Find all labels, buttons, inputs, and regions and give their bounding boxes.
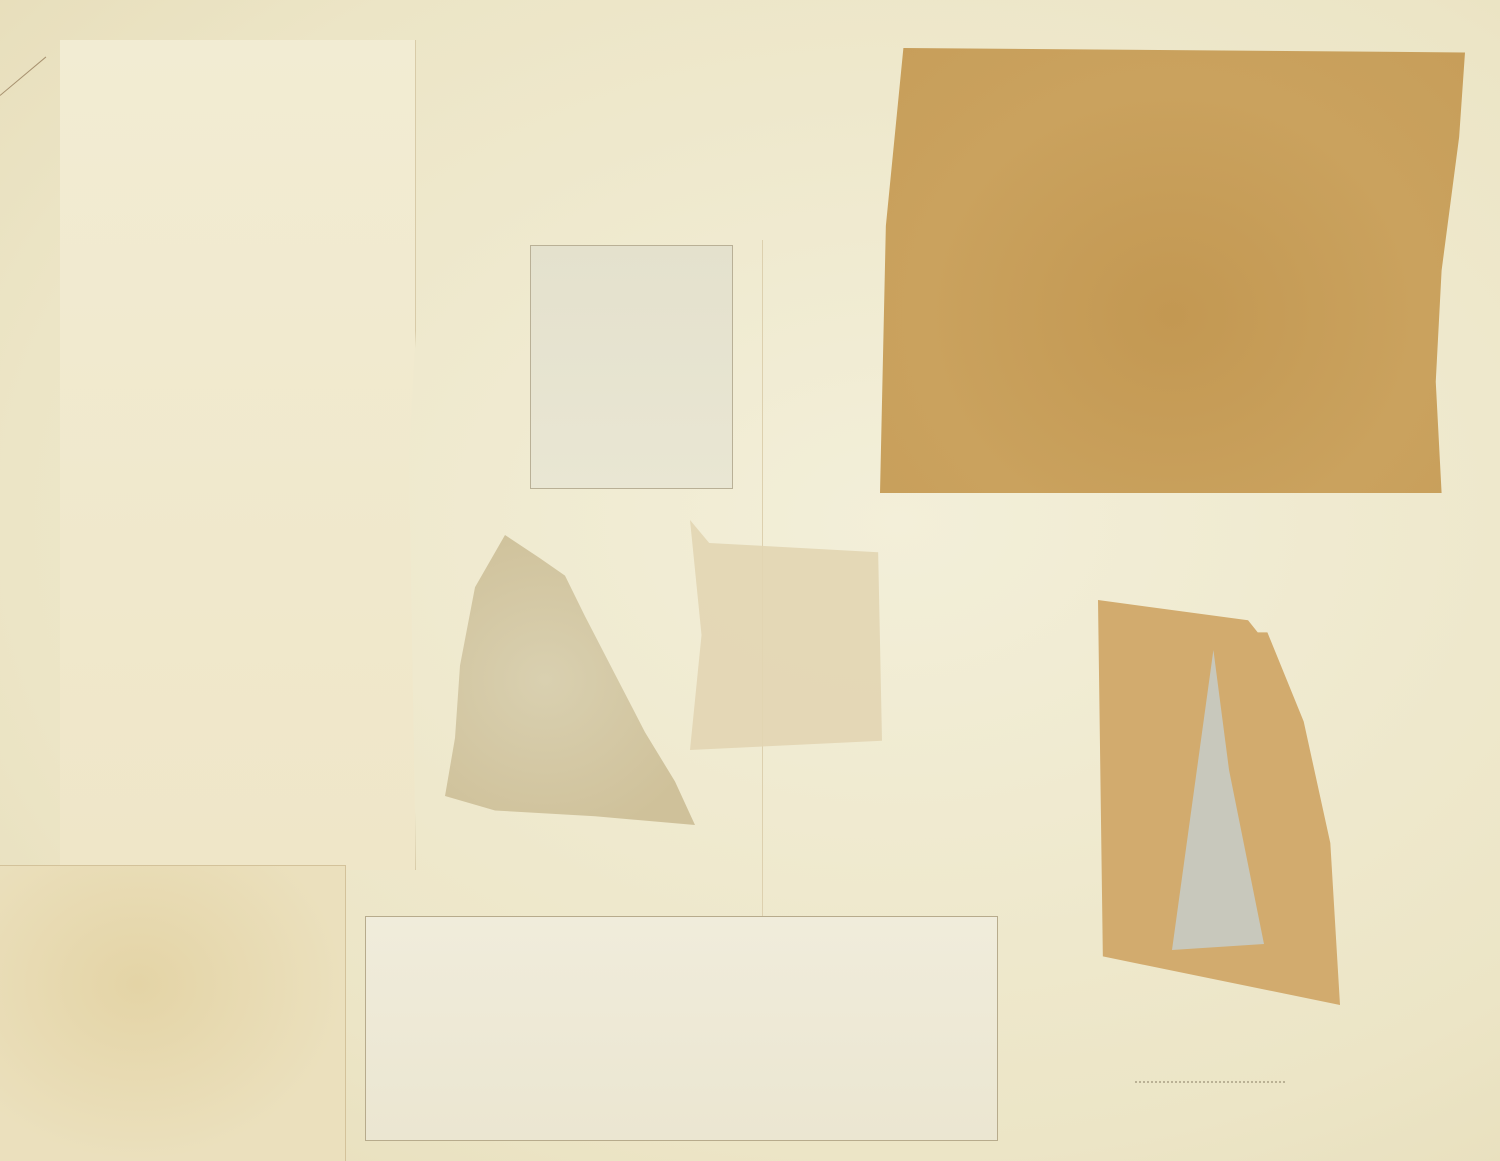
signature-scribble	[1135, 1073, 1285, 1083]
bottom-white-rectangle	[365, 916, 998, 1141]
translucent-square	[690, 520, 882, 750]
crumpled-fragment	[445, 535, 695, 825]
tall-left-sheet	[60, 40, 416, 870]
large-ochre-sheet	[880, 48, 1465, 493]
diagonal-crease	[0, 57, 46, 96]
bottom-left-sheet	[0, 865, 346, 1161]
collage-artwork: (illegible pencil signature)	[0, 0, 1500, 1161]
small-gray-rectangle	[530, 245, 733, 489]
